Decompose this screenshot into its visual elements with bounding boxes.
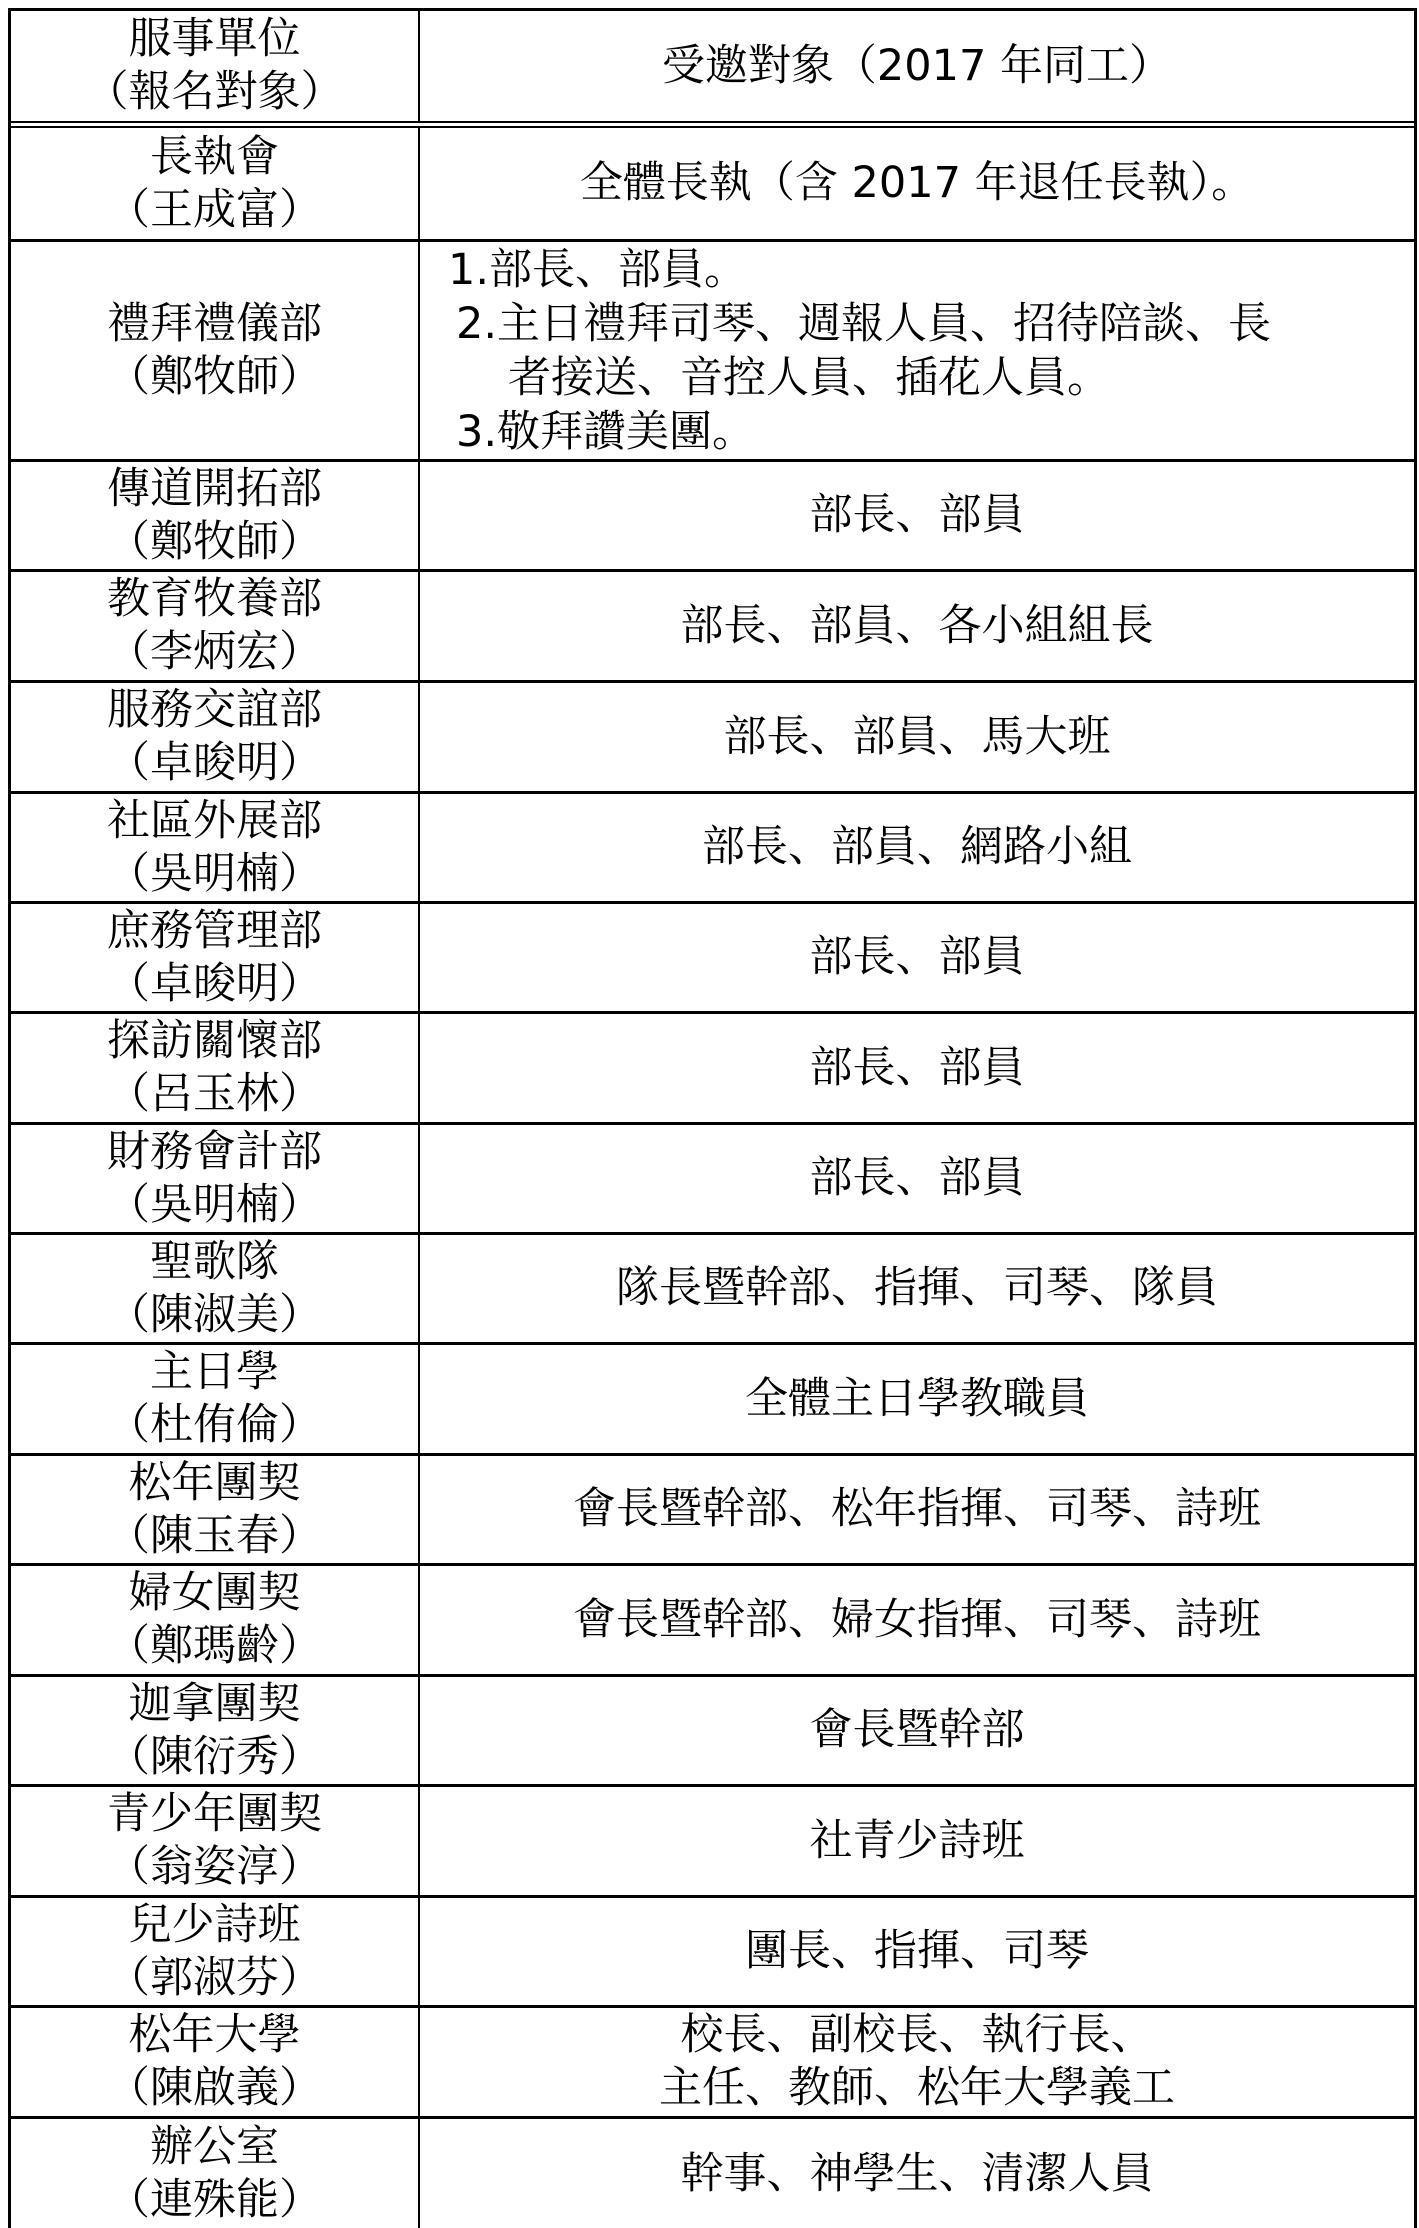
target-cell: 部長、部員、馬大班 (420, 683, 1414, 791)
target-cell: 部長、部員 (420, 1125, 1414, 1232)
unit-name: 青少年團契 (107, 1788, 322, 1841)
invitation-table: 服事單位 （報名對象） 受邀對象（2017 年同工） 長執會 （王成富） 全體長… (8, 8, 1417, 2228)
target-text: 全體主日學教職員 (745, 1373, 1089, 1426)
target-text: 部長、部員 (810, 1152, 1025, 1205)
target-text: 全體長執（含 2017 年退任長執）。 (580, 157, 1254, 210)
unit-name: 長執會 (150, 131, 279, 184)
unit-contact: （李炳宏） (107, 626, 322, 679)
target-text: 會長暨幹部、婦女指揮、司琴、詩班 (573, 1594, 1261, 1647)
unit-name: 婦女團契 (129, 1567, 301, 1620)
unit-name: 兒少詩班 (129, 1899, 301, 1952)
unit-contact: （吳明楠） (107, 1179, 322, 1232)
target-text: 會長暨幹部 (810, 1704, 1025, 1757)
target-cell: 會長暨幹部、松年指揮、司琴、詩班 (420, 1456, 1414, 1563)
unit-contact: （卓晙明） (107, 958, 322, 1011)
header-target-cell: 受邀對象（2017 年同工） (420, 11, 1414, 121)
table-row: 主日學 （杜侑倫） 全體主日學教職員 (11, 1345, 1414, 1456)
table-row: 禮拜禮儀部 （鄭牧師） 1.部長、部員。 2.主日禮拜司琴、週報人員、招待陪談、… (11, 242, 1414, 462)
table-row: 兒少詩班 （郭淑芬） 團長、指揮、司琴 (11, 1898, 1414, 2008)
target-text: 部長、部員 (810, 489, 1025, 542)
unit-contact: （鄭牧師） (107, 516, 322, 569)
target-text-line-2: 主任、教師、松年大學義工 (659, 2062, 1175, 2115)
header-unit-cell: 服事單位 （報名對象） (11, 11, 420, 121)
unit-cell: 主日學 （杜侑倫） (11, 1345, 420, 1453)
unit-cell: 青少年團契 （翁姿淳） (11, 1787, 420, 1895)
unit-cell: 財務會計部 （吳明楠） (11, 1125, 420, 1232)
target-item-1: 1.部長、部員。 (448, 243, 747, 297)
table-row: 長執會 （王成富） 全體長執（含 2017 年退任長執）。 (11, 128, 1414, 242)
unit-contact: （吳明楠） (107, 848, 322, 901)
unit-name: 財務會計部 (107, 1126, 322, 1179)
target-text: 部長、部員、馬大班 (724, 711, 1111, 764)
target-cell: 部長、部員 (420, 904, 1414, 1011)
unit-contact: （王成富） (107, 184, 322, 237)
table-row: 財務會計部 （吳明楠） 部長、部員 (11, 1125, 1414, 1235)
unit-name: 主日學 (150, 1346, 279, 1399)
unit-contact: （鄭牧師） (107, 351, 322, 404)
unit-name: 迦拿團契 (129, 1678, 301, 1731)
unit-name: 禮拜禮儀部 (107, 298, 322, 351)
unit-contact: （鄭瑪齡） (107, 1620, 322, 1673)
unit-cell: 兒少詩班 （郭淑芬） (11, 1898, 420, 2005)
unit-cell: 松年團契 （陳玉春） (11, 1456, 420, 1563)
table-row: 婦女團契 （鄭瑪齡） 會長暨幹部、婦女指揮、司琴、詩班 (11, 1566, 1414, 1677)
unit-name: 辦公室 (150, 2121, 279, 2174)
target-cell: 部長、部員、網路小組 (420, 794, 1414, 901)
target-cell: 團長、指揮、司琴 (420, 1898, 1414, 2005)
target-cell: 社青少詩班 (420, 1787, 1414, 1895)
target-item-2: 2.主日禮拜司琴、週報人員、招待陪談、長 (448, 297, 1271, 351)
unit-contact: （陳淑美） (107, 1289, 322, 1342)
table-row: 探訪關懷部 （呂玉林） 部長、部員 (11, 1014, 1414, 1125)
unit-cell: 迦拿團契 （陳衍秀） (11, 1677, 420, 1784)
target-cell: 會長暨幹部、婦女指揮、司琴、詩班 (420, 1566, 1414, 1674)
unit-name: 探訪關懷部 (107, 1015, 322, 1068)
unit-name: 聖歌隊 (150, 1236, 279, 1289)
header-unit-sublabel: （報名對象） (86, 66, 344, 119)
unit-cell: 社區外展部 （吳明楠） (11, 794, 420, 901)
unit-contact: （呂玉林） (107, 1068, 322, 1121)
target-item-3: 3.敬拜讚美團。 (448, 405, 755, 459)
target-cell: 校長、副校長、執行長、 主任、教師、松年大學義工 (420, 2008, 1414, 2116)
target-cell: 全體長執（含 2017 年退任長執）。 (420, 128, 1414, 239)
target-text: 團長、指揮、司琴 (745, 1925, 1089, 1978)
unit-name: 社區外展部 (107, 795, 322, 848)
target-cell: 隊長暨幹部、指揮、司琴、隊員 (420, 1235, 1414, 1342)
target-text: 部長、部員 (810, 931, 1025, 984)
target-cell: 1.部長、部員。 2.主日禮拜司琴、週報人員、招待陪談、長 者接送、音控人員、插… (420, 242, 1414, 459)
table-row: 松年團契 （陳玉春） 會長暨幹部、松年指揮、司琴、詩班 (11, 1456, 1414, 1566)
target-text: 幹事、神學生、清潔人員 (681, 2148, 1154, 2201)
table-row: 社區外展部 （吳明楠） 部長、部員、網路小組 (11, 794, 1414, 904)
unit-contact: （陳衍秀） (107, 1731, 322, 1784)
unit-name: 松年大學 (129, 2009, 301, 2062)
table-row: 聖歌隊 （陳淑美） 隊長暨幹部、指揮、司琴、隊員 (11, 1235, 1414, 1345)
table-row: 庶務管理部 （卓晙明） 部長、部員 (11, 904, 1414, 1014)
target-cell: 會長暨幹部 (420, 1677, 1414, 1784)
target-text-line-1: 校長、副校長、執行長、 (681, 2009, 1154, 2062)
target-cell: 部長、部員 (420, 462, 1414, 569)
target-text: 社青少詩班 (810, 1815, 1025, 1868)
table-row: 傳道開拓部 （鄭牧師） 部長、部員 (11, 462, 1414, 572)
unit-contact: （陳玉春） (107, 1510, 322, 1563)
table-row: 青少年團契 （翁姿淳） 社青少詩班 (11, 1787, 1414, 1898)
target-cell: 部長、部員、各小組組長 (420, 572, 1414, 680)
table-row: 辦公室 （連殊能） 幹事、神學生、清潔人員 (11, 2119, 1414, 2228)
unit-cell: 服務交誼部 （卓晙明） (11, 683, 420, 791)
unit-name: 傳道開拓部 (107, 463, 322, 516)
target-cell: 幹事、神學生、清潔人員 (420, 2119, 1414, 2228)
unit-cell: 探訪關懷部 （呂玉林） (11, 1014, 420, 1122)
unit-cell: 松年大學 （陳啟義） (11, 2008, 420, 2116)
table-row: 松年大學 （陳啟義） 校長、副校長、執行長、 主任、教師、松年大學義工 (11, 2008, 1414, 2119)
target-cell: 部長、部員 (420, 1014, 1414, 1122)
target-text: 隊長暨幹部、指揮、司琴、隊員 (616, 1262, 1218, 1315)
unit-contact: （連殊能） (107, 2174, 322, 2227)
unit-cell: 傳道開拓部 （鄭牧師） (11, 462, 420, 569)
target-item-2-continued: 者接送、音控人員、插花人員。 (448, 351, 1110, 405)
unit-cell: 長執會 （王成富） (11, 128, 420, 239)
table-header-row: 服事單位 （報名對象） 受邀對象（2017 年同工） (11, 11, 1414, 128)
unit-cell: 庶務管理部 （卓晙明） (11, 904, 420, 1011)
unit-contact: （郭淑芬） (107, 1952, 322, 2005)
unit-contact: （卓晙明） (107, 737, 322, 790)
unit-name: 服務交誼部 (107, 684, 322, 737)
target-text: 部長、部員、各小組組長 (681, 600, 1154, 653)
target-text: 會長暨幹部、松年指揮、司琴、詩班 (573, 1483, 1261, 1536)
unit-contact: （翁姿淳） (107, 1841, 322, 1894)
unit-cell: 聖歌隊 （陳淑美） (11, 1235, 420, 1342)
unit-cell: 教育牧養部 （李炳宏） (11, 572, 420, 680)
unit-cell: 禮拜禮儀部 （鄭牧師） (11, 242, 420, 459)
unit-contact: （陳啟義） (107, 2062, 322, 2115)
table-row: 迦拿團契 （陳衍秀） 會長暨幹部 (11, 1677, 1414, 1787)
table-row: 教育牧養部 （李炳宏） 部長、部員、各小組組長 (11, 572, 1414, 683)
target-cell: 全體主日學教職員 (420, 1345, 1414, 1453)
unit-cell: 婦女團契 （鄭瑪齡） (11, 1566, 420, 1674)
target-text: 部長、部員、網路小組 (702, 821, 1132, 874)
header-unit-label: 服事單位 (129, 13, 301, 66)
table-row: 服務交誼部 （卓晙明） 部長、部員、馬大班 (11, 683, 1414, 794)
target-text: 部長、部員 (810, 1042, 1025, 1095)
unit-contact: （杜侑倫） (107, 1399, 322, 1452)
unit-cell: 辦公室 （連殊能） (11, 2119, 420, 2228)
unit-name: 松年團契 (129, 1457, 301, 1510)
unit-name: 庶務管理部 (107, 905, 322, 958)
header-target-label: 受邀對象（2017 年同工） (662, 40, 1172, 93)
unit-name: 教育牧養部 (107, 573, 322, 626)
